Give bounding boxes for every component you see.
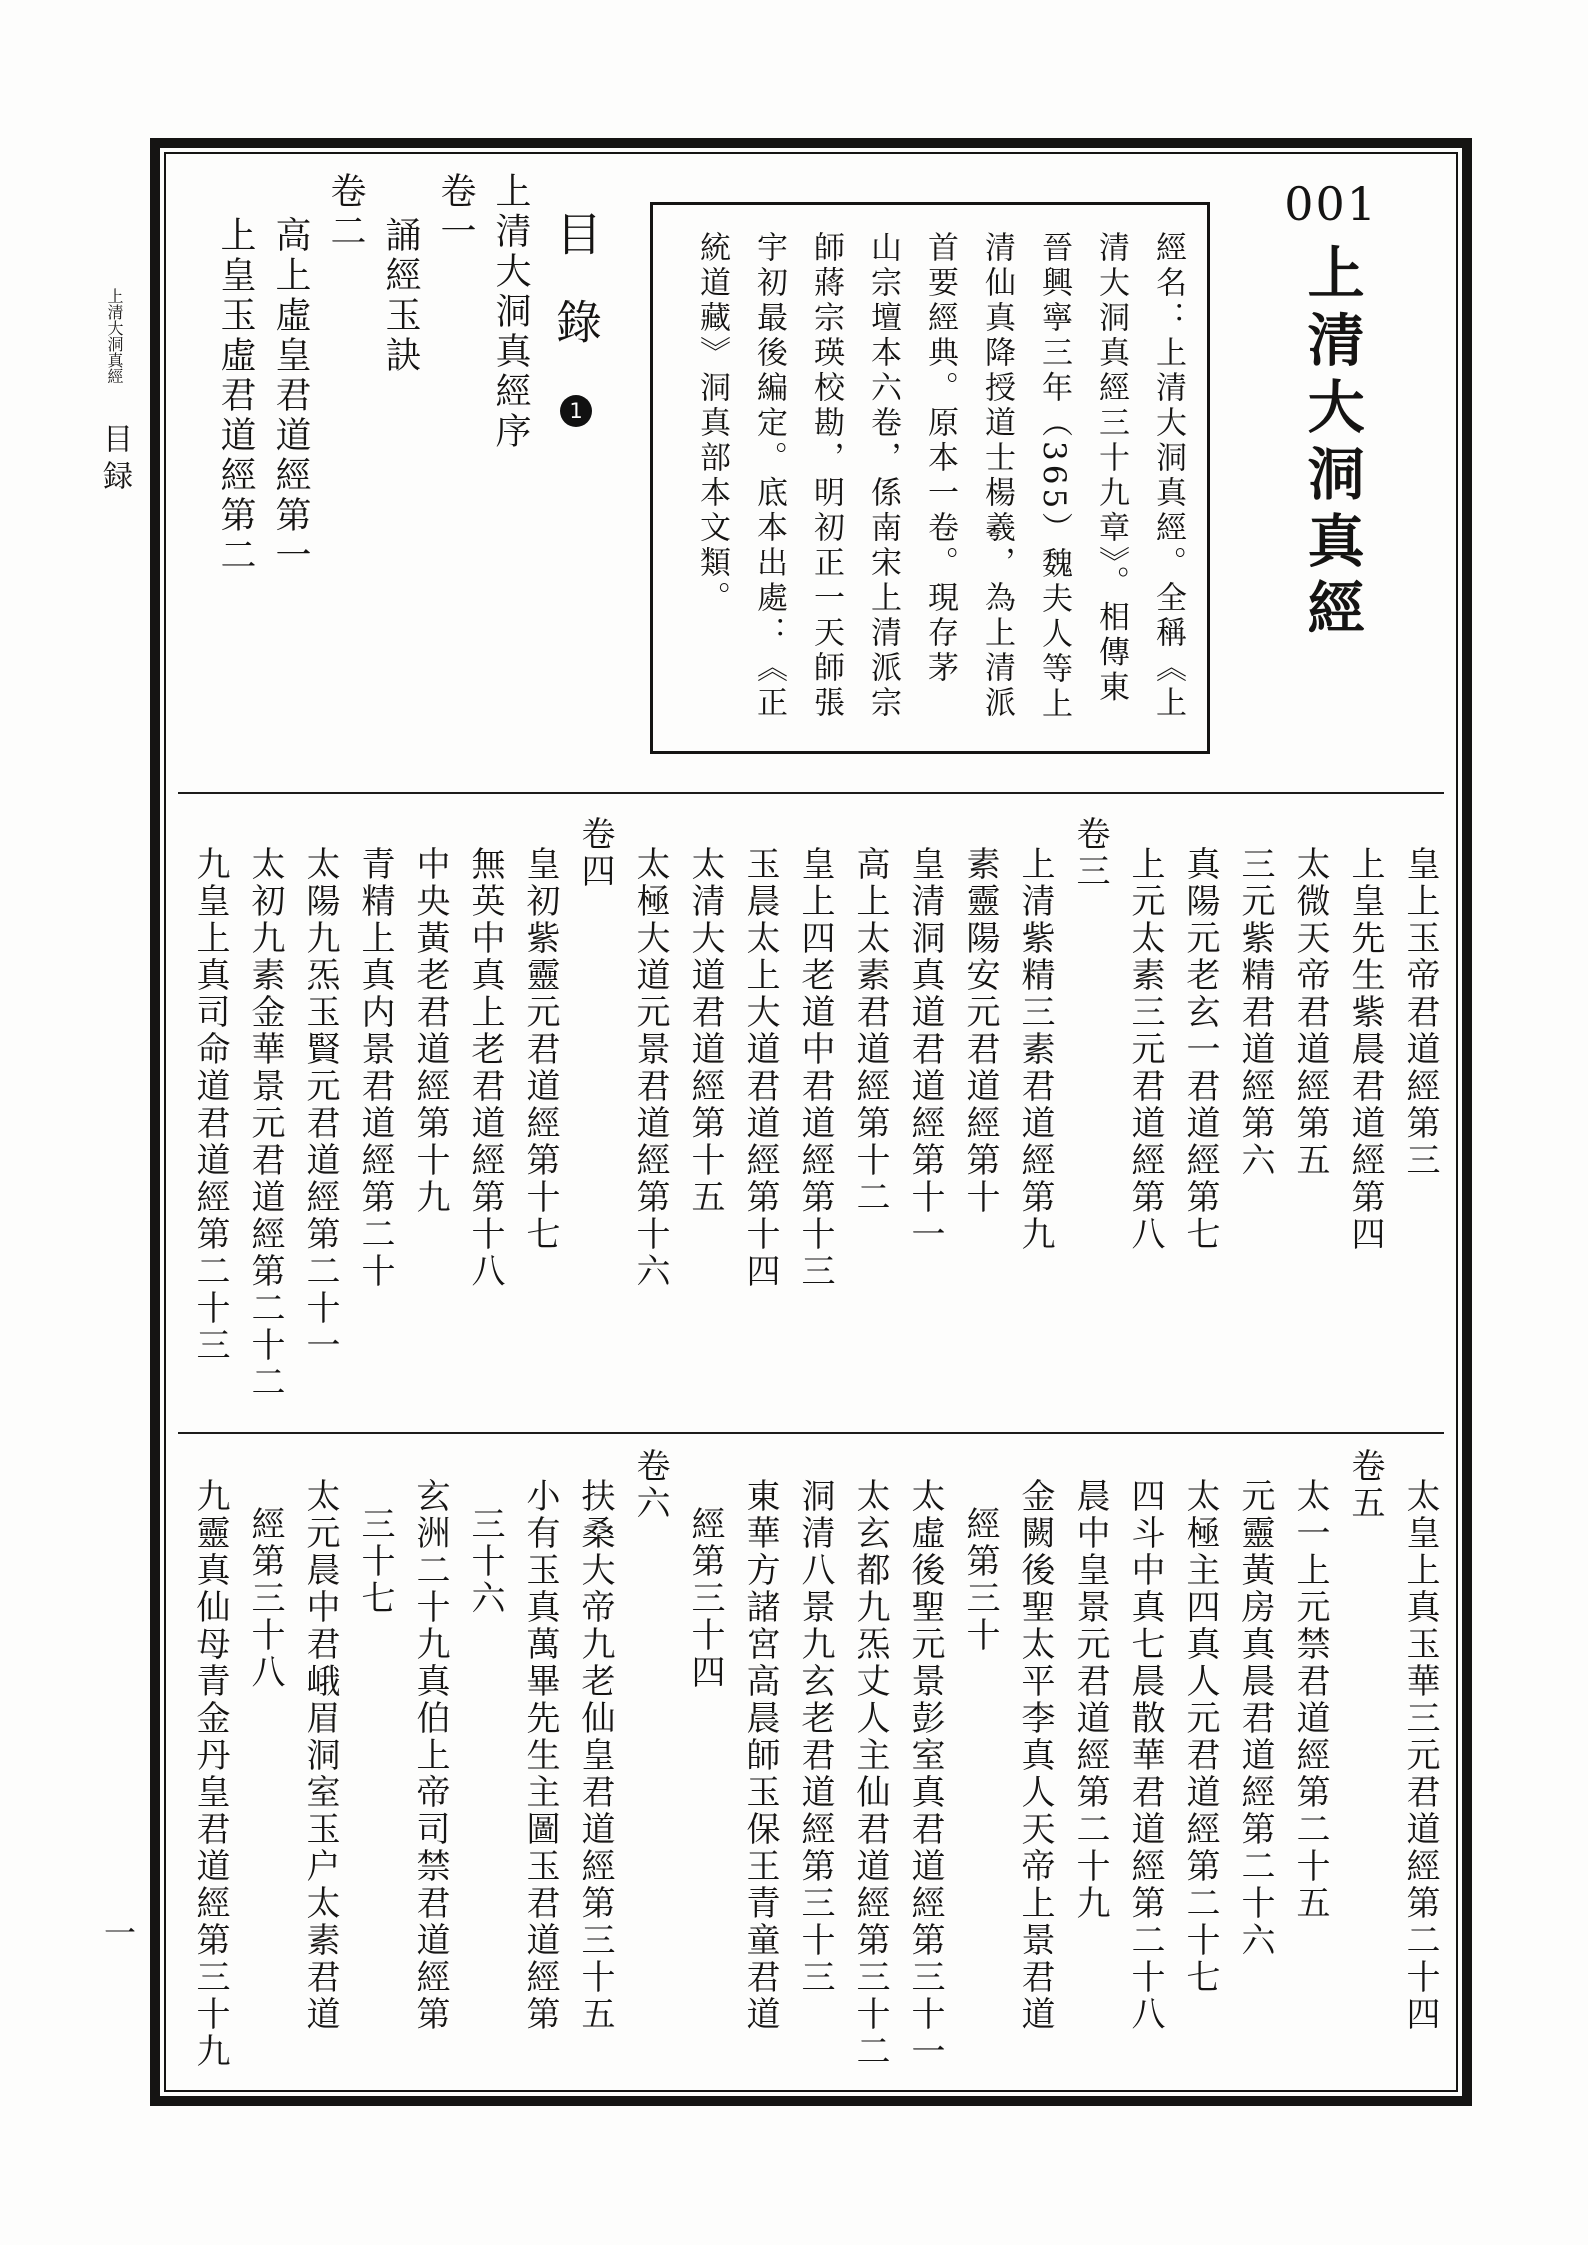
toc-column-entry: 誦經玉訣 — [380, 172, 420, 772]
note-box-column: 清仙真降授道士楊羲，為上清派 — [978, 231, 1016, 725]
toc-column-entry: 九皇上真司命道君道經第二十三 — [190, 816, 230, 1430]
toc-column-chapter: 卷一 — [435, 172, 475, 772]
toc-column-cont: 經第三十八 — [245, 1448, 285, 2080]
toc-column-entry: 太微天帝君道經第五 — [1290, 816, 1330, 1430]
book-header: 001 上清大洞真經 — [1284, 180, 1378, 645]
toc-column-entry: 太極主四真人元君道經第二十七 — [1180, 1448, 1220, 2080]
note-box-column: 山宗壇本六卷，係南宋上清派宗 — [864, 231, 902, 725]
toc-heading-text: 目錄 — [549, 210, 603, 386]
toc-column-entry: 元靈黃房真晨君道經第二十六 — [1235, 1448, 1275, 2080]
page-margin: 上清大洞真經 目録 — [96, 288, 132, 1188]
toc-column-entry: 無英中真上老君道經第十八 — [465, 816, 505, 1430]
band-divider-2 — [178, 1432, 1444, 1434]
toc-column-entry: 太皇上真玉華三元君道經第二十四 — [1400, 1448, 1440, 2080]
toc-column-entry: 四斗中真七晨散華君道經第二十八 — [1125, 1448, 1165, 2080]
toc-column-chapter: 卷六 — [630, 1448, 670, 2080]
toc-column-chapter: 卷二 — [325, 172, 365, 772]
toc-column-entry: 太陽九炁玉賢元君道經第二十一 — [300, 816, 340, 1430]
note-box-column: 師蔣宗瑛校勘，明初正一天師張 — [807, 231, 845, 725]
note-box-column: 首要經典。原本一卷。現存茅 — [921, 231, 959, 725]
note-box-column: 統道藏》洞真部本文類。 — [693, 231, 731, 725]
note-box-column: 清大洞真經三十九章》。相傳東 — [1092, 231, 1130, 725]
toc-column-entry: 小有玉真萬畢先生主圖玉君道經第 — [520, 1448, 560, 2080]
toc-column-entry: 青精上真内景君道經第二十 — [355, 816, 395, 1430]
toc-column-entry: 皇上四老道中君道經第十三 — [795, 816, 835, 1430]
toc-column-entry: 上皇先生紫晨君道經第四 — [1345, 816, 1385, 1430]
toc-column-entry: 太初九素金華景元君道經第二十二 — [245, 816, 285, 1430]
toc-column-entry: 太一上元禁君道經第二十五 — [1290, 1448, 1330, 2080]
book-title-column: 001 上清大洞真經 — [1284, 180, 1378, 645]
toc-column-chapter: 卷四 — [575, 816, 615, 1430]
toc-column-entry: 晨中皇景元君道經第二十九 — [1070, 1448, 1110, 2080]
folio-number: 一 — [100, 1916, 136, 1948]
toc-column-entry: 玄洲二十九真伯上帝司禁君道經第 — [410, 1448, 450, 2080]
toc-column-entry: 高上太素君道經第十二 — [850, 816, 890, 1430]
toc-column-entry: 上清紫精三素君道經第九 — [1015, 816, 1055, 1430]
toc-column-entry: 高上虛皇君道經第一 — [270, 172, 310, 772]
toc-column-entry: 太元晨中君峨眉洞室玉户太素君道 — [300, 1448, 340, 2080]
margin-running-section: 目録 — [97, 423, 132, 497]
toc-column-entry: 玉晨太上大道君道經第十四 — [740, 816, 780, 1430]
toc-heading: 目錄 1 — [550, 210, 602, 427]
page-frame-inner-rule: 001 上清大洞真經 經名：上清大洞真經。全稱《上清大洞真經三十九章》。相傳東晉… — [164, 152, 1458, 2092]
toc-column-entry: 金闕後聖太平李真人天帝上景君道 — [1015, 1448, 1055, 2080]
footnote-one-mark: 1 — [560, 395, 592, 427]
band-top: 001 上清大洞真經 經名：上清大洞真經。全稱《上清大洞真經三十九章》。相傳東晉… — [178, 164, 1444, 790]
toc-column-entry: 太玄都九炁丈人主仙君道經第三十二 — [850, 1448, 890, 2080]
band-middle: 皇上玉帝君道經第三上皇先生紫晨君道經第四太微天帝君道經第五三元紫精君道經第六真陽… — [178, 796, 1444, 1430]
toc-column-entry: 太極大道元景君道經第十六 — [630, 816, 670, 1430]
toc-column-entry: 三元紫精君道經第六 — [1235, 816, 1275, 1430]
toc-band-1-columns: 上清大洞真經序卷一誦經玉訣卷二高上虛皇君道經第一上皇玉虛君道經第二 — [200, 172, 530, 772]
toc-column-entry: 上元太素三元君道經第八 — [1125, 816, 1165, 1430]
toc-column-entry: 皇清洞真道君道經第十一 — [905, 816, 945, 1430]
band-divider-1 — [178, 792, 1444, 794]
toc-column-entry: 上皇玉虛君道經第二 — [215, 172, 255, 772]
toc-column-chapter: 卷三 — [1070, 816, 1110, 1430]
note-box-column: 宇初最後編定。底本出處：《正 — [750, 231, 788, 725]
toc-column-entry: 扶桑大帝九老仙皇君道經第三十五 — [575, 1448, 615, 2080]
page-frame: 001 上清大洞真經 經名：上清大洞真經。全稱《上清大洞真經三十九章》。相傳東晉… — [150, 138, 1472, 2106]
toc-column-entry: 太虛後聖元景彭室真君道經第三十一 — [905, 1448, 945, 2080]
toc-column-cont: 三十七 — [355, 1448, 395, 2080]
toc-column-entry: 太清大道君道經第十五 — [685, 816, 725, 1430]
margin-running-title: 上清大洞真經 — [105, 288, 124, 384]
note-box-column: 晉興寧三年（365）魏夫人等上 — [1035, 231, 1073, 725]
toc-column-entry: 皇初紫靈元君道經第十七 — [520, 816, 560, 1430]
toc-column-entry: 真陽元老玄一君道經第七 — [1180, 816, 1220, 1430]
note-box-column: 經名：上清大洞真經。全稱《上 — [1149, 231, 1187, 725]
toc-column-entry: 東華方諸宮高晨師玉保王青童君道 — [740, 1448, 780, 2080]
serial-number: 001 — [1284, 180, 1378, 228]
toc-column-entry: 洞清八景九玄老君道經第三十三 — [795, 1448, 835, 2080]
toc-column-cont: 經第三十 — [960, 1448, 1000, 2080]
toc-column-top: 上清大洞真經序 — [490, 172, 530, 772]
toc-column-entry: 中央黃老君道經第十九 — [410, 816, 450, 1430]
toc-column-cont: 經第三十四 — [685, 1448, 725, 2080]
toc-column-entry: 皇上玉帝君道經第三 — [1400, 816, 1440, 1430]
toc-column-entry: 素靈陽安元君道經第十 — [960, 816, 1000, 1430]
toc-column-cont: 三十六 — [465, 1448, 505, 2080]
band-bottom: 太皇上真玉華三元君道經第二十四卷五太一上元禁君道經第二十五元靈黃房真晨君道經第二… — [178, 1436, 1444, 2080]
toc-column-entry: 九靈真仙母青金丹皇君道經第三十九 — [190, 1448, 230, 2080]
page-content: 001 上清大洞真經 經名：上清大洞真經。全稱《上清大洞真經三十九章》。相傳東晉… — [178, 164, 1444, 2080]
scanned-book-page: { "colors": { "paper": "#fdfdfc", "ink":… — [0, 0, 1588, 2245]
toc-column-chapter: 卷五 — [1345, 1448, 1385, 2080]
scripture-note-box: 經名：上清大洞真經。全稱《上清大洞真經三十九章》。相傳東晉興寧三年（365）魏夫… — [650, 202, 1210, 754]
book-title: 上清大洞真經 — [1298, 243, 1365, 645]
